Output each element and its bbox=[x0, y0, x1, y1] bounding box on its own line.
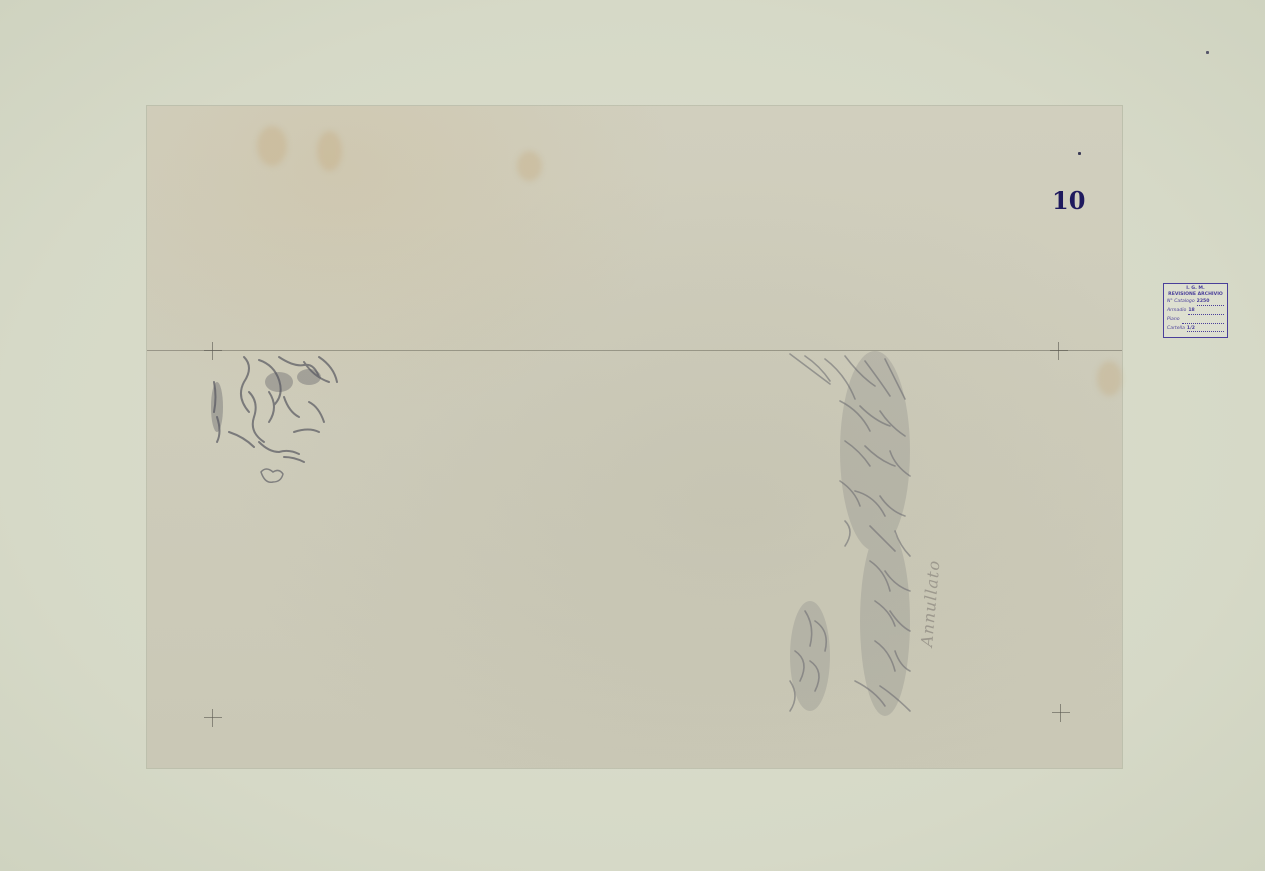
sheet-number: 10 bbox=[1052, 186, 1085, 215]
stain bbox=[257, 126, 287, 166]
registration-mark bbox=[1050, 342, 1068, 360]
fold-line bbox=[147, 350, 1122, 351]
stamp-row-piano: Piano bbox=[1167, 317, 1224, 324]
stamp-header-2: REVISIONE ARCHIVIO bbox=[1167, 292, 1224, 298]
ink-speck bbox=[1078, 152, 1081, 155]
stain bbox=[317, 131, 342, 171]
stain bbox=[517, 151, 542, 181]
stamp-row-catalogo: N° Catalogo 2250 bbox=[1167, 299, 1224, 306]
stamp-label: N° Catalogo bbox=[1167, 299, 1195, 305]
stamp-value bbox=[1182, 317, 1224, 324]
ink-speck bbox=[1206, 51, 1209, 54]
stamp-value: 1/2 bbox=[1187, 326, 1224, 333]
stain bbox=[1097, 361, 1122, 396]
stamp-label: Armadio bbox=[1167, 308, 1186, 314]
stamp-label: Cartella bbox=[1167, 326, 1185, 332]
stamp-row-cartella: Cartella 1/2 bbox=[1167, 326, 1224, 333]
archive-stamp: I. G. M. REVISIONE ARCHIVIO N° Catalogo … bbox=[1163, 283, 1228, 338]
stamp-row-armadio: Armadio 18 bbox=[1167, 308, 1224, 315]
stamp-value: 2250 bbox=[1197, 299, 1224, 306]
stamp-value: 18 bbox=[1188, 308, 1224, 315]
registration-mark bbox=[1052, 704, 1070, 722]
terrain-hachure-right bbox=[785, 351, 925, 721]
terrain-hachure-left bbox=[209, 352, 344, 492]
registration-mark bbox=[204, 709, 222, 727]
stamp-label: Piano bbox=[1167, 317, 1180, 323]
map-sheet: 10 bbox=[147, 106, 1122, 768]
